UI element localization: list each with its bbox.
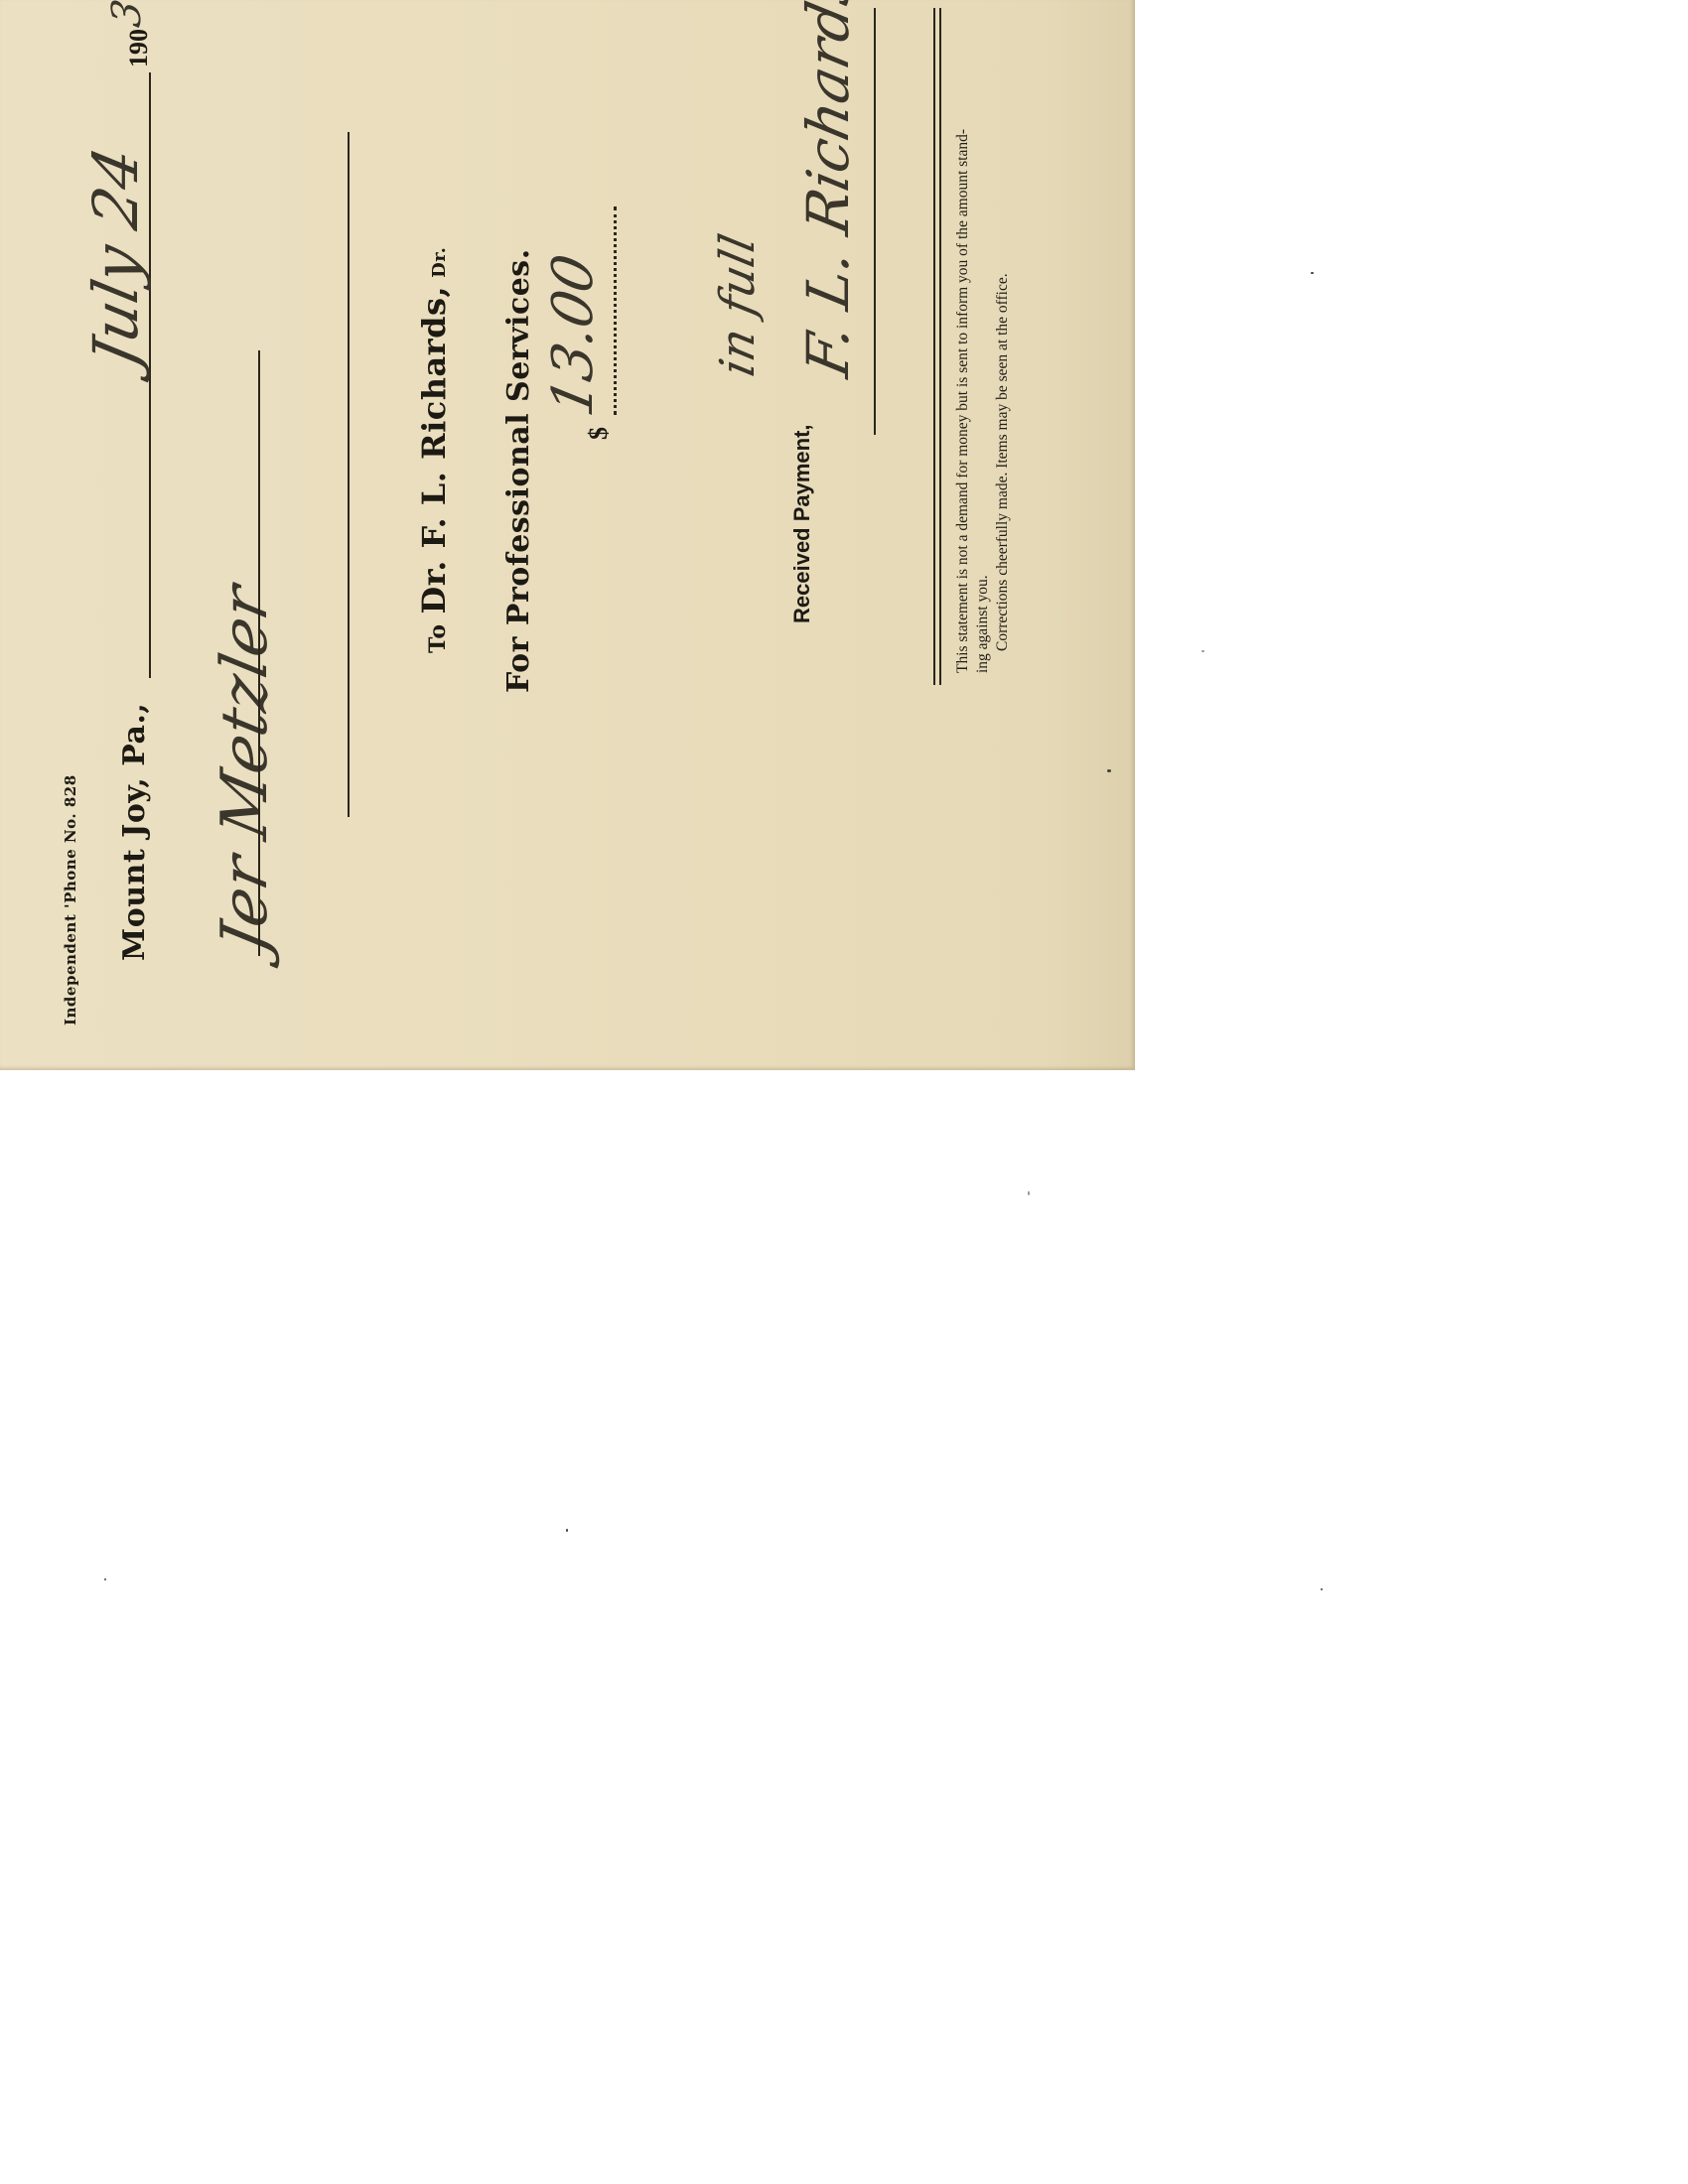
footer-line-1: This statement is not a demand for money… <box>953 129 973 673</box>
signature-handwritten: F. L. Richards <box>794 0 862 382</box>
debtor-suffix: Dr. <box>429 247 450 278</box>
recipient-rule <box>258 350 260 956</box>
paper-speck <box>1107 769 1111 772</box>
year-handwritten: 3 <box>104 0 150 31</box>
scan-speck <box>1028 1191 1030 1195</box>
phone-number-line: Independent 'Phone No. 828 <box>62 774 79 1025</box>
footer-rule-bottom <box>939 8 941 685</box>
line-item-description: For Professional Services. <box>501 248 536 693</box>
physician-name: Dr. F. L. Richards, <box>415 286 453 614</box>
scan-speck <box>104 1578 106 1580</box>
date-handwritten: July 24 <box>79 141 152 373</box>
physician-line: ToDr. F. L. Richards,Dr. <box>415 247 453 653</box>
scan-speck <box>1321 1588 1323 1590</box>
year-printed: 190 <box>124 29 154 68</box>
amount-handwritten: 13.00 <box>541 249 606 422</box>
scan-speck <box>1201 650 1204 652</box>
recipient-name-handwritten: Jer Metzler <box>209 580 282 959</box>
footer-rule-top <box>933 8 935 685</box>
place-label: Mount Joy, Pa., <box>117 703 152 961</box>
scan-speck <box>566 1529 568 1532</box>
scan-speck <box>1311 272 1314 274</box>
payment-annotation-handwritten: in full <box>710 229 766 381</box>
footer-notice: This statement is not a demand for money… <box>953 129 1013 673</box>
statement-canvas: Independent 'Phone No. 828 Mount Joy, Pa… <box>0 0 1135 1070</box>
received-payment-label: Received Payment, <box>789 424 815 623</box>
signature-rule <box>874 8 876 435</box>
to-prefix: To <box>425 623 451 653</box>
statement-paper: Independent 'Phone No. 828 Mount Joy, Pa… <box>0 0 1135 1070</box>
footer-line-2: ing against you. <box>973 129 993 673</box>
currency-symbol: $ <box>584 427 614 440</box>
amount-dotted-line <box>614 206 617 415</box>
address-rule <box>348 132 350 817</box>
footer-line-3: Corrections cheerfully made. Items may b… <box>993 129 1013 673</box>
